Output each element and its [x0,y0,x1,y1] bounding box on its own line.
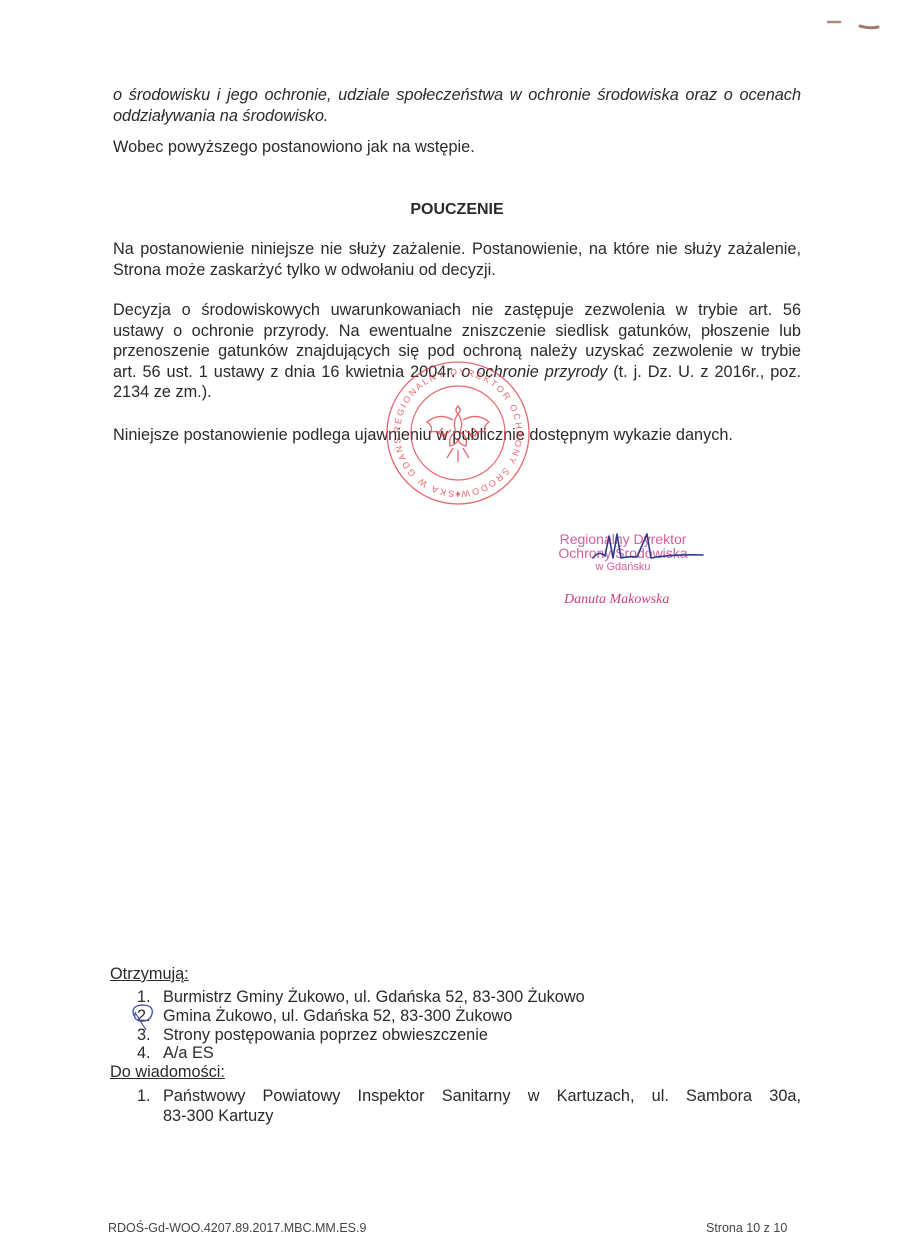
recipient-item: 3.Strony postępowania poprzez obwieszcze… [137,1026,488,1045]
recipients-label: Otrzymują: [110,965,189,984]
intro-line: oddziaływania na środowisko. [113,106,801,127]
handwritten-circle-mark-icon [128,1000,160,1032]
recipient-item: 2.Gmina Żukowo, ul. Gdańska 52, 83-300 Ż… [137,1007,512,1026]
scan-artifact [825,10,885,32]
conclusion-text: Wobec powyższego postanowiono jak na wst… [113,137,801,158]
handwritten-signature-icon [585,530,710,565]
section-heading: POUCZENIE [0,201,900,219]
signatory-name: Danuta Makowska [564,592,669,608]
information-item: 1. Państwowy Powiatowy Inspektor Sanitar… [137,1086,801,1126]
document-reference: RDOŚ-Gd-WOO.4207.89.2017.MBC.MM.ES.9 [108,1221,366,1235]
eagle-emblem-icon [427,406,489,462]
for-information-label: Do wiadomości: [110,1063,225,1082]
official-stamp-icon: REGIONALNY DYREKTOR OCHRONY ŚRODOWISKA W… [383,358,533,508]
pouczenie-paragraph-1: Na postanowienie niniejsze nie służy zaż… [113,239,801,280]
svg-text:REGIONALNY DYREKTOR OCHRONY ŚR: REGIONALNY DYREKTOR OCHRONY ŚRODOWISKA W… [383,358,524,499]
stamp-ring-text: REGIONALNY DYREKTOR OCHRONY ŚRODOWISKA W… [383,358,524,499]
recipient-item: 1.Burmistrz Gminy Żukowo, ul. Gdańska 52… [137,988,585,1007]
intro-line: o środowisku i jego ochronie, udziale sp… [113,85,801,106]
page-number: Strona 10 z 10 [706,1221,787,1235]
recipient-item: 4.A/a ES [137,1044,214,1063]
intro-paragraph: o środowisku i jego ochronie, udziale sp… [113,85,801,126]
